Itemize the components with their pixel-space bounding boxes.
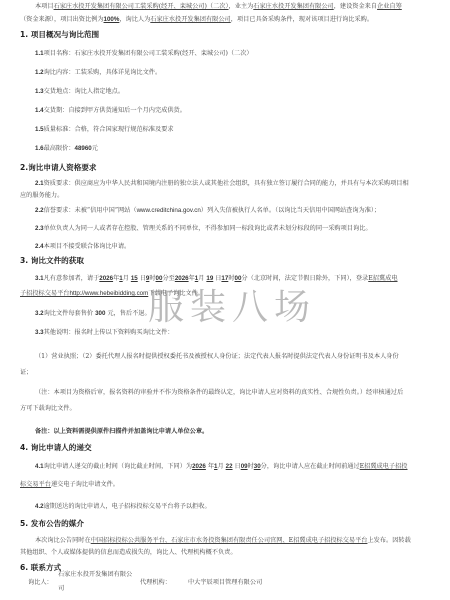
item-2-3: 2.3单位负责人为同一人或者存在控股、管理关系的不同单位，不得参加同一标段询比或… — [35, 225, 372, 233]
item-4-2: 4.2逾期送达的询比申请人，电子招标投标交易平台将予以拒收。 — [35, 503, 211, 511]
item-2-4: 2.4本项目不接受联合体询比申请。 — [35, 243, 130, 251]
submit-platform-link-b[interactable]: 标交易平台 — [20, 481, 51, 488]
requirements-line-2: 证； — [20, 369, 32, 377]
owner-name: 石家庄水投开发集团有限公司 — [253, 3, 333, 10]
section-1-title: 1. 项目概况与询比范围 — [20, 30, 99, 40]
max-price: 48960 — [75, 145, 92, 152]
note-line-2: 方可下载询比文件。 — [20, 405, 76, 413]
item-3-1-line-1: 3.1凡有意参加者，请于2026年1月 15 日9时00分至2026年1月 19… — [35, 275, 398, 283]
media-line-1: 本次询比公告同时在中国招标投标公共服务平台、石家庄市水务投资集团有限责任公司官网… — [35, 537, 411, 545]
item-1-6: 1.6最高限价：48960元 — [35, 145, 98, 153]
inquirer-label: 询比人： — [28, 579, 53, 587]
platform-link-a[interactable]: E招冀成电 — [368, 275, 397, 282]
document-page: 本项目石家庄水投开发集团有限公司工装采购(经开、栾城公司)（二次），业主为石家庄… — [0, 0, 450, 600]
section-5-title: 5. 发布公告的媒介 — [20, 519, 84, 529]
intro-line-2: （资金来源），项目出资比例为100%，询比人为石家庄水投开发集团有限公司，项目已… — [20, 16, 373, 24]
item-1-5: 1.5质量标准：合格，符合国家现行规范标准及要求 — [35, 126, 174, 134]
item-1-2: 1.2询比内容：工装采购，具体详见询比文件。 — [35, 69, 161, 77]
hebeibidding-url-link[interactable]: http://www.hebeibidding.com — [70, 290, 149, 297]
section-2-title: 2.询比申请人资格要求 — [20, 163, 97, 173]
item-1-3: 1.3交货地点：询比人指定地点。 — [35, 88, 124, 96]
item-2-1-line-1: 2.1资质要求：供应商应为中华人民共和国境内注册的独立法人或其他社会组织，具有独… — [35, 180, 409, 188]
item-3-2: 3.2询比文件每套售价 300 元，售后不退。 — [35, 310, 151, 318]
item-4-1-line-1: 4.1询比申请人递交的截止时间（询比截止时间，下同）为2026 年1月 22 日… — [35, 463, 408, 471]
inquirer-name: 石家庄水投开发集团有限公司 — [150, 16, 230, 23]
agent-label: 代理机构： — [140, 579, 171, 587]
platform-link-b[interactable]: 子招投标交易平台 — [20, 290, 70, 297]
item-3-3: 3.3其他说明：报名时上传以下资料购买询比文件： — [35, 329, 174, 337]
media-list-link[interactable]: 中国招标投标公共服务平台、石家庄市水务投资集团有限责任公司官网、E招冀成电子招投… — [91, 537, 368, 544]
inquirer-value-line-2: 司 — [58, 585, 64, 593]
inquirer-value-line-1: 石家庄水投开发集团有限公 — [58, 571, 132, 579]
intro-line-1: 本项目石家庄水投开发集团有限公司工装采购(经开、栾城公司)（二次），业主为石家庄… — [35, 3, 402, 11]
item-2-1-line-2: 应的服务能力。 — [20, 192, 63, 200]
item-1-1: 1.1项目名称：石家庄水投开发集团有限公司工装采购(经开、栾城公司)（二次） — [35, 50, 253, 58]
item-3-1-line-2: 子招投标交易平台http://www.hebeibidding.com下载电子询… — [20, 290, 204, 298]
doc-price: 300 — [95, 310, 105, 317]
item-2-2: 2.2信誉要求：未被“信用中国”网站（www.creditchina.gov.c… — [35, 207, 380, 215]
fund-source: 企业自筹 — [377, 3, 402, 10]
section-4-title: 4. 询比申请人的递交 — [20, 443, 92, 453]
submit-platform-link-a[interactable]: E招冀成电子招投 — [360, 463, 408, 470]
section-6-title: 6. 联系方式 — [20, 563, 61, 573]
agent-value: 中大宇辰项目管理有限公司 — [188, 579, 262, 587]
creditchina-link[interactable]: www.creditchina.gov.cn — [137, 207, 201, 214]
note-line-1: （注：本项目为资格后审，报名资料的审验并不作为资格条件的最终认定，询比申请人应对… — [35, 389, 403, 397]
media-line-2: 其他组织、个人或媒体提供的信息而造成损失的，询比人、代理机构概不负责。 — [20, 549, 237, 557]
remark-note: 备注：以上资料需提供原件扫描件并加盖询比申请人单位公章。 — [35, 428, 208, 436]
requirements-line-1: （1）营业执照；（2）委托代理人报名时提供授权委托书及被授权人身份证；法定代表人… — [35, 353, 399, 361]
ratio-value: 100% — [104, 16, 120, 23]
item-4-1-line-2: 标交易平台递交电子询比申请文件。 — [20, 481, 119, 489]
section-3-title: 3. 询比文件的获取 — [20, 256, 84, 266]
project-name-link: 石家庄水投开发集团有限公司工装采购(经开、栾城公司)（二次） — [54, 3, 229, 10]
item-1-4: 1.4交货期：自接到甲方供货通知后一个月内完成供货。 — [35, 107, 186, 115]
